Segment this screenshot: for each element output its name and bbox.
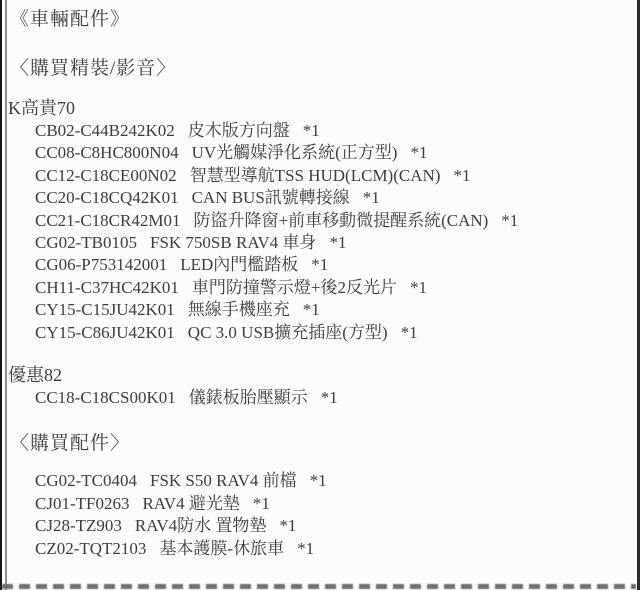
- item-row: CC18-C18CS00K01儀錶板胎壓顯示*1: [8, 387, 632, 409]
- item-row: CJ28-TZ903RAV4防水 置物墊*1: [8, 515, 632, 537]
- item-code: CC12-C18CE00N02: [35, 166, 177, 185]
- page-left-edge-inner: [5, 0, 7, 590]
- item-name: FSK S50 RAV4 前檔: [150, 471, 297, 490]
- item-row: CY15-C15JU42K01無線手機座充*1: [8, 299, 632, 321]
- item-name: QC 3.0 USB擴充插座(方型): [188, 323, 388, 342]
- document-content: 《車輛配件》 〈購買精裝/影音〉 K高貴70 CB02-C44B242K02皮木…: [8, 0, 632, 560]
- item-name: 車門防撞警示燈+後2反光片: [192, 278, 397, 297]
- item-quantity: *1: [410, 143, 427, 162]
- item-code: CC08-C8HC800N04: [35, 143, 179, 162]
- item-name: FSK 750SB RAV4 車身: [150, 233, 316, 252]
- item-code: CG02-TB0105: [35, 233, 137, 252]
- item-row: CC12-C18CE00N02智慧型導航TSS HUD(LCM)(CAN)*1: [8, 165, 632, 187]
- item-code: CG06-P753142001: [35, 255, 167, 274]
- item-quantity: *1: [279, 516, 296, 535]
- item-row: CC21-C18CR42M01防盜升降窗+前車移動微提醒系統(CAN)*1: [8, 210, 632, 232]
- item-name: CAN BUS訊號轉接線: [192, 188, 350, 207]
- item-quantity: *1: [329, 233, 346, 252]
- item-quantity: *1: [310, 471, 327, 490]
- item-row: CG06-P753142001LED內門檻踏板*1: [8, 254, 632, 276]
- section-heading-audio-trim: 〈購買精裝/影音〉: [8, 56, 632, 81]
- item-code: CG02-TC0404: [35, 471, 137, 490]
- item-row: CH11-C37HC42K01車門防撞警示燈+後2反光片*1: [8, 277, 632, 299]
- item-code: CJ28-TZ903: [35, 516, 122, 535]
- item-code: CC21-C18CR42M01: [35, 211, 180, 230]
- item-name: LED內門檻踏板: [180, 255, 298, 274]
- dashed-tear-line: [2, 584, 636, 589]
- item-name: 無線手機座充: [188, 300, 290, 319]
- item-code: CZ02-TQT2103: [35, 539, 146, 558]
- item-row: CC08-C8HC800N04UV光觸媒淨化系統(正方型)*1: [8, 142, 632, 164]
- scanned-document-page: 《車輛配件》 〈購買精裝/影音〉 K高貴70 CB02-C44B242K02皮木…: [0, 0, 640, 590]
- item-quantity: *1: [453, 166, 470, 185]
- item-quantity: *1: [501, 211, 518, 230]
- item-quantity: *1: [303, 121, 320, 140]
- group-label-k70: K高貴70: [8, 97, 632, 120]
- item-code: CY15-C15JU42K01: [35, 300, 175, 319]
- item-row: CZ02-TQT2103基本護膜-休旅車*1: [8, 538, 632, 560]
- item-quantity: *1: [401, 323, 418, 342]
- item-row: CG02-TB0105FSK 750SB RAV4 車身*1: [8, 232, 632, 254]
- item-quantity: *1: [311, 255, 328, 274]
- item-quantity: *1: [303, 300, 320, 319]
- item-row: CB02-C44B242K02皮木版方向盤*1: [8, 120, 632, 142]
- item-name: 防盜升降窗+前車移動微提醒系統(CAN): [193, 211, 488, 230]
- document-title: 《車輛配件》: [8, 7, 632, 32]
- item-row: CC20-C18CQ42K01CAN BUS訊號轉接線*1: [8, 187, 632, 209]
- group-label-discount82: 優惠82: [8, 364, 632, 387]
- item-row: CJ01-TF0263RAV4 避光墊*1: [8, 493, 632, 515]
- item-quantity: *1: [363, 188, 380, 207]
- page-left-edge-outer: [0, 0, 2, 590]
- item-code: CB02-C44B242K02: [35, 121, 175, 140]
- section-heading-accessories: 〈購買配件〉: [8, 431, 632, 456]
- item-code: CH11-C37HC42K01: [35, 278, 179, 297]
- item-quantity: *1: [253, 494, 270, 513]
- item-name: RAV4防水 置物墊: [135, 516, 266, 535]
- item-quantity: *1: [321, 388, 338, 407]
- item-name: RAV4 避光墊: [142, 494, 239, 513]
- item-quantity: *1: [410, 278, 427, 297]
- item-name: 儀錶板胎壓顯示: [189, 388, 308, 407]
- item-code: CY15-C86JU42K01: [35, 323, 175, 342]
- item-code: CC18-C18CS00K01: [35, 388, 176, 407]
- item-name: 智慧型導航TSS HUD(LCM)(CAN): [190, 166, 441, 185]
- item-code: CC20-C18CQ42K01: [35, 188, 179, 207]
- item-quantity: *1: [297, 539, 314, 558]
- item-row: CY15-C86JU42K01QC 3.0 USB擴充插座(方型)*1: [8, 322, 632, 344]
- item-name: 基本護膜-休旅車: [159, 539, 284, 558]
- item-code: CJ01-TF0263: [35, 494, 129, 513]
- item-row: CG02-TC0404FSK S50 RAV4 前檔*1: [8, 470, 632, 492]
- item-name: 皮木版方向盤: [188, 121, 290, 140]
- item-name: UV光觸媒淨化系統(正方型): [192, 143, 398, 162]
